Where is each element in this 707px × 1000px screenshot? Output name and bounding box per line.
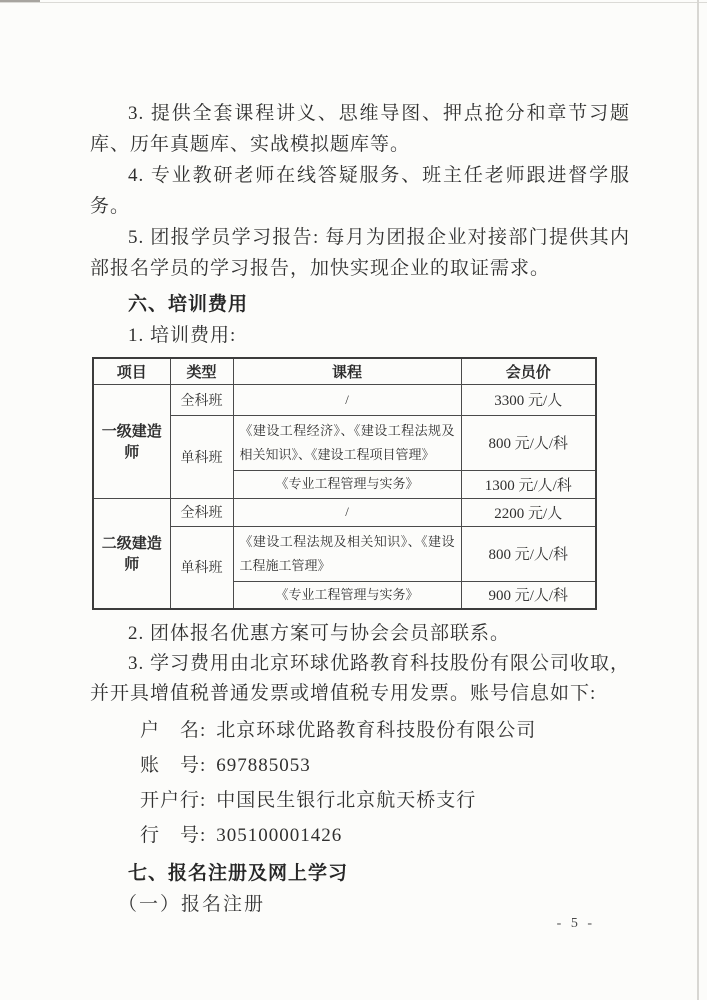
account-holder-line: 户 名:北京环球优路教育科技股份有限公司	[140, 713, 630, 748]
account-number-line: 账 号:697885053	[140, 748, 630, 783]
bank-code-line: 行 号:305100001426	[140, 818, 630, 853]
cell-price: 2200 元/人	[461, 498, 596, 526]
page-number: - 5 -	[557, 916, 595, 932]
col-header-type: 类型	[170, 358, 233, 384]
cell-price: 800 元/人/科	[461, 415, 596, 470]
document-content: 3. 提供全套课程讲义、思维导图、押点抢分和章节习题库、历年真题库、实战模拟题库…	[90, 98, 630, 920]
cell-price: 800 元/人/科	[461, 526, 596, 581]
account-number-value: 697885053	[216, 755, 311, 776]
account-holder-value: 北京环球优路教育科技股份有限公司	[216, 720, 536, 741]
paragraph-group-report: 5. 团报学员学习报告: 每月为团报企业对接部门提供其内部报名学员的学习报告，加…	[90, 222, 630, 284]
col-header-project: 项目	[93, 358, 170, 384]
cell-project-level2: 二级建造师	[93, 498, 170, 609]
cell-course: 《建设工程经济》、《建设工程法规及相关知识》、《建设工程项目管理》	[233, 415, 461, 470]
cell-course: 《建设工程法规及相关知识》、《建设工程施工管理》	[233, 526, 461, 581]
bank-code-value: 305100001426	[216, 825, 342, 846]
bank-code-label: 行 号:	[140, 818, 206, 853]
cell-price: 900 元/人/科	[461, 581, 596, 609]
section-heading-registration: 七、报名注册及网上学习	[90, 859, 630, 889]
fee-table: 项目 类型 课程 会员价 一级建造师 全科班 / 3300 元/人 单科班 《建…	[92, 357, 597, 610]
col-header-member-price: 会员价	[461, 358, 596, 384]
section-heading-training-fee: 六、培训费用	[90, 290, 630, 320]
bank-branch-line: 开户行:中国民生银行北京航天桥支行	[140, 783, 630, 818]
subsection-registration: （一）报名注册	[90, 889, 630, 920]
paragraph-teacher-service: 4. 专业教研老师在线答疑服务、班主任老师跟进督学服务。	[90, 160, 630, 222]
cell-price: 1300 元/人/科	[461, 470, 596, 498]
paragraph-course-materials: 3. 提供全套课程讲义、思维导图、押点抢分和章节习题库、历年真题库、实战模拟题库…	[90, 98, 630, 160]
cell-price: 3300 元/人	[461, 384, 596, 415]
cell-type: 单科班	[170, 415, 233, 498]
cell-project-level1: 一级建造师	[93, 384, 170, 498]
bank-branch-value: 中国民生银行北京航天桥支行	[216, 790, 476, 811]
paragraph-payment-info: 3. 学习费用由北京环球优路教育科技股份有限公司收取，并开具增值税普通发票或增值…	[90, 649, 630, 709]
table-row: 一级建造师 全科班 / 3300 元/人	[93, 384, 596, 415]
training-fee-item-label: 1. 培训费用:	[90, 320, 630, 351]
table-row: 二级建造师 全科班 / 2200 元/人	[93, 498, 596, 526]
cell-course: 《专业工程管理与实务》	[233, 581, 461, 609]
bank-account-block: 户 名:北京环球优路教育科技股份有限公司 账 号:697885053 开户行:中…	[90, 713, 630, 853]
scanned-document-page: 3. 提供全套课程讲义、思维导图、押点抢分和章节习题库、历年真题库、实战模拟题库…	[0, 0, 707, 1000]
cell-course: /	[233, 384, 461, 415]
cell-course: 《专业工程管理与实务》	[233, 470, 461, 498]
paragraph-group-discount: 2. 团体报名优惠方案可与协会会员部联系。	[90, 618, 630, 649]
cell-type: 单科班	[170, 526, 233, 609]
cell-type: 全科班	[170, 498, 233, 526]
account-number-label: 账 号:	[140, 748, 206, 783]
scan-edge-top-light	[0, 2, 707, 3]
bank-branch-label: 开户行:	[140, 783, 206, 818]
cell-course: /	[233, 498, 461, 526]
col-header-course: 课程	[233, 358, 461, 384]
account-holder-label: 户 名:	[140, 713, 206, 748]
cell-type: 全科班	[170, 384, 233, 415]
fee-table-header-row: 项目 类型 课程 会员价	[93, 358, 596, 384]
scan-edge-right	[697, 0, 699, 1000]
